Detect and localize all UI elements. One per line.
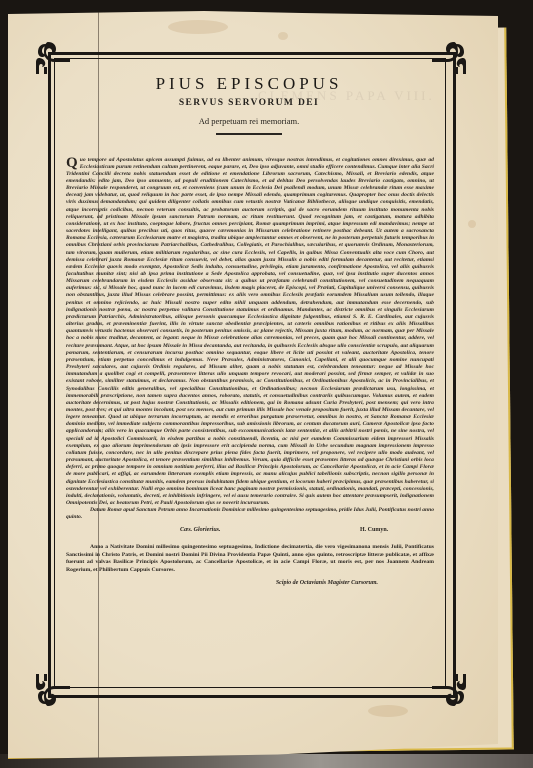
datum-line: Datum Romæ apud Sanctum Petrum anno Inca… <box>60 507 438 521</box>
signature-right: H. Cumyn. <box>360 527 388 533</box>
foxing-spot <box>278 32 288 40</box>
foxing-spot <box>468 220 476 228</box>
title-divider <box>216 133 282 135</box>
water-stain <box>368 705 408 717</box>
water-stain <box>168 20 228 34</box>
drop-cap: Q <box>66 157 78 170</box>
signature-magister-cursorum: Scipio de Octavianis Magister Cursorum. <box>60 580 438 586</box>
salutation: Ad perpetuam rei memoriam. <box>60 116 438 126</box>
document-content: PIUS EPISCOPUS SERVUS SERVORUM DEI Ad pe… <box>60 62 438 680</box>
bull-body: Quo tempore ad Apostolatus apicem assump… <box>60 157 438 508</box>
signature-left: Cæs. Glorierius. <box>180 527 221 533</box>
document-title: PIUS EPISCOPUS <box>60 74 438 94</box>
signature-row: Cæs. Glorierius. H. Cumyn. <box>60 525 438 539</box>
publication-note: Anno a Nativitate Domini millesimo quing… <box>60 544 438 574</box>
document-subtitle: SERVUS SERVORUM DEI <box>60 98 438 108</box>
document-page: CLEMENS PAPA VIII. <box>8 10 498 759</box>
bull-body-text: uo tempore ad Apostolatus apicem assumpt… <box>66 157 434 507</box>
